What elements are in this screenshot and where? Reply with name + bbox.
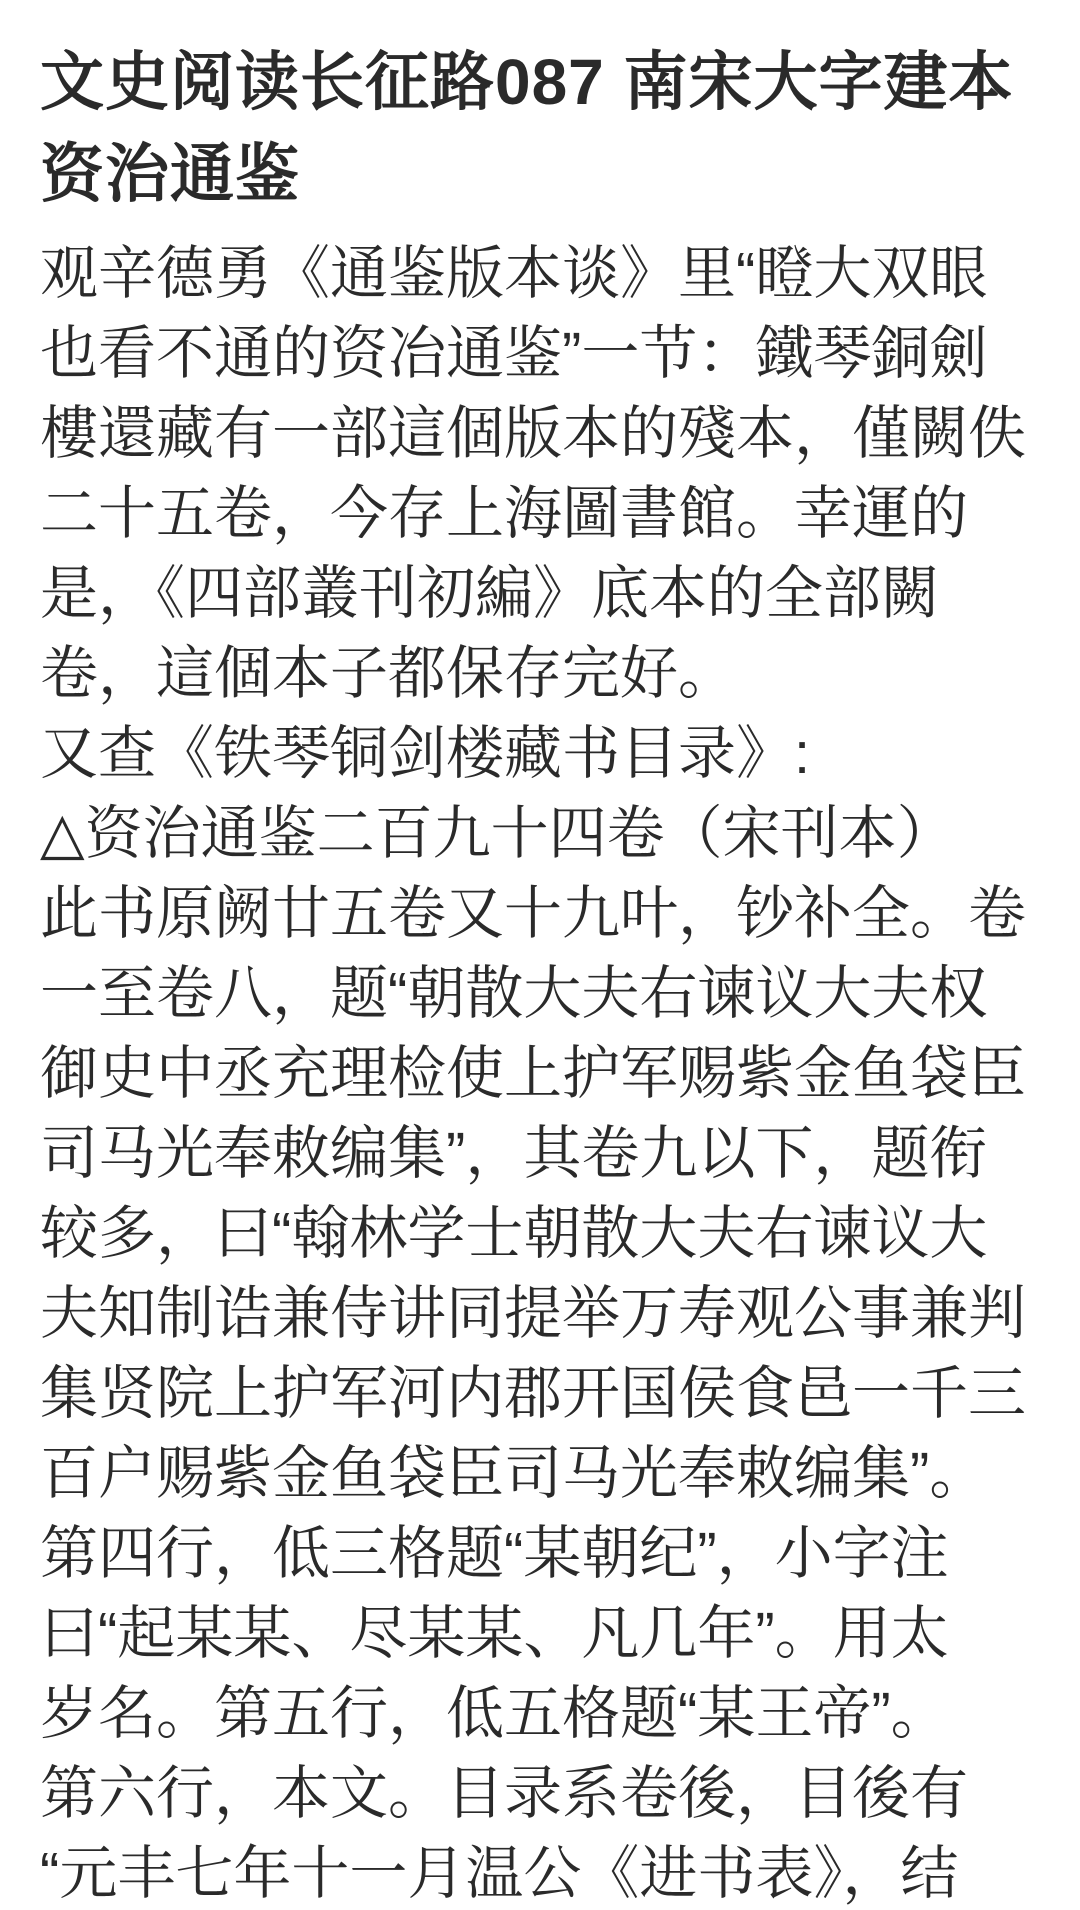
article-page: 文史阅读长征路087 南宋大字建本资治通鉴 观辛德勇《通鉴版本谈》里“瞪大双眼也… [0,0,1080,1910]
body-line: 夫知制诰兼侍讲同提举万寿观公事兼判 [40,1274,1040,1354]
body-line: 卷，這個本子都保存完好。 [40,634,1040,714]
article-body: 观辛德勇《通鉴版本谈》里“瞪大双眼也看不通的资冶通鉴”一节：鐵琴銅劍樓還藏有一部… [40,234,1040,1910]
body-line: 第四行，低三格题“某朝纪”，小字注 [40,1514,1040,1594]
body-line: 也看不通的资冶通鉴”一节：鐵琴銅劍 [40,314,1040,394]
body-line: 较多，曰“翰林学士朝散大夫右谏议大 [40,1194,1040,1274]
body-line: 二十五卷，今存上海圖書館。幸運的 [40,474,1040,554]
title-line: 资治通鉴 [40,128,1040,220]
body-line: 是，《四部叢刊初編》底本的全部闕 [40,554,1040,634]
body-line: 一至卷八，题“朝散大夫右谏议大夫权 [40,954,1040,1034]
body-line: 集贤院上护军河内郡开国侯食邑一千三 [40,1354,1040,1434]
body-line: “元丰七年十一月温公《进书表》，结 [40,1834,1040,1910]
article-title: 文史阅读长征路087 南宋大字建本资治通鉴 [40,36,1040,220]
body-line: 樓還藏有一部這個版本的殘本，僅闕佚 [40,394,1040,474]
body-line: 观辛德勇《通鉴版本谈》里“瞪大双眼 [40,234,1040,314]
body-line: 百户赐紫金鱼袋臣司马光奉敕编集”。 [40,1434,1040,1514]
body-line: 御史中丞充理检使上护军赐紫金鱼袋臣 [40,1034,1040,1114]
title-line: 文史阅读长征路087 南宋大字建本 [40,36,1040,128]
body-line: △资治通鉴二百九十四卷（宋刊本） [40,794,1040,874]
body-line: 司马光奉敕编集”，其卷九以下，题衔 [40,1114,1040,1194]
body-line: 又查《铁琴铜剑楼藏书目录》: [40,714,1040,794]
body-line: 岁名。第五行，低五格题“某王帝”。 [40,1674,1040,1754]
body-line: 第六行，本文。目录系卷後，目後有 [40,1754,1040,1834]
body-line: 曰“起某某、尽某某、凡几年”。用太 [40,1594,1040,1674]
body-line: 此书原阙廿五卷又十九叶，钞补全。卷 [40,874,1040,954]
